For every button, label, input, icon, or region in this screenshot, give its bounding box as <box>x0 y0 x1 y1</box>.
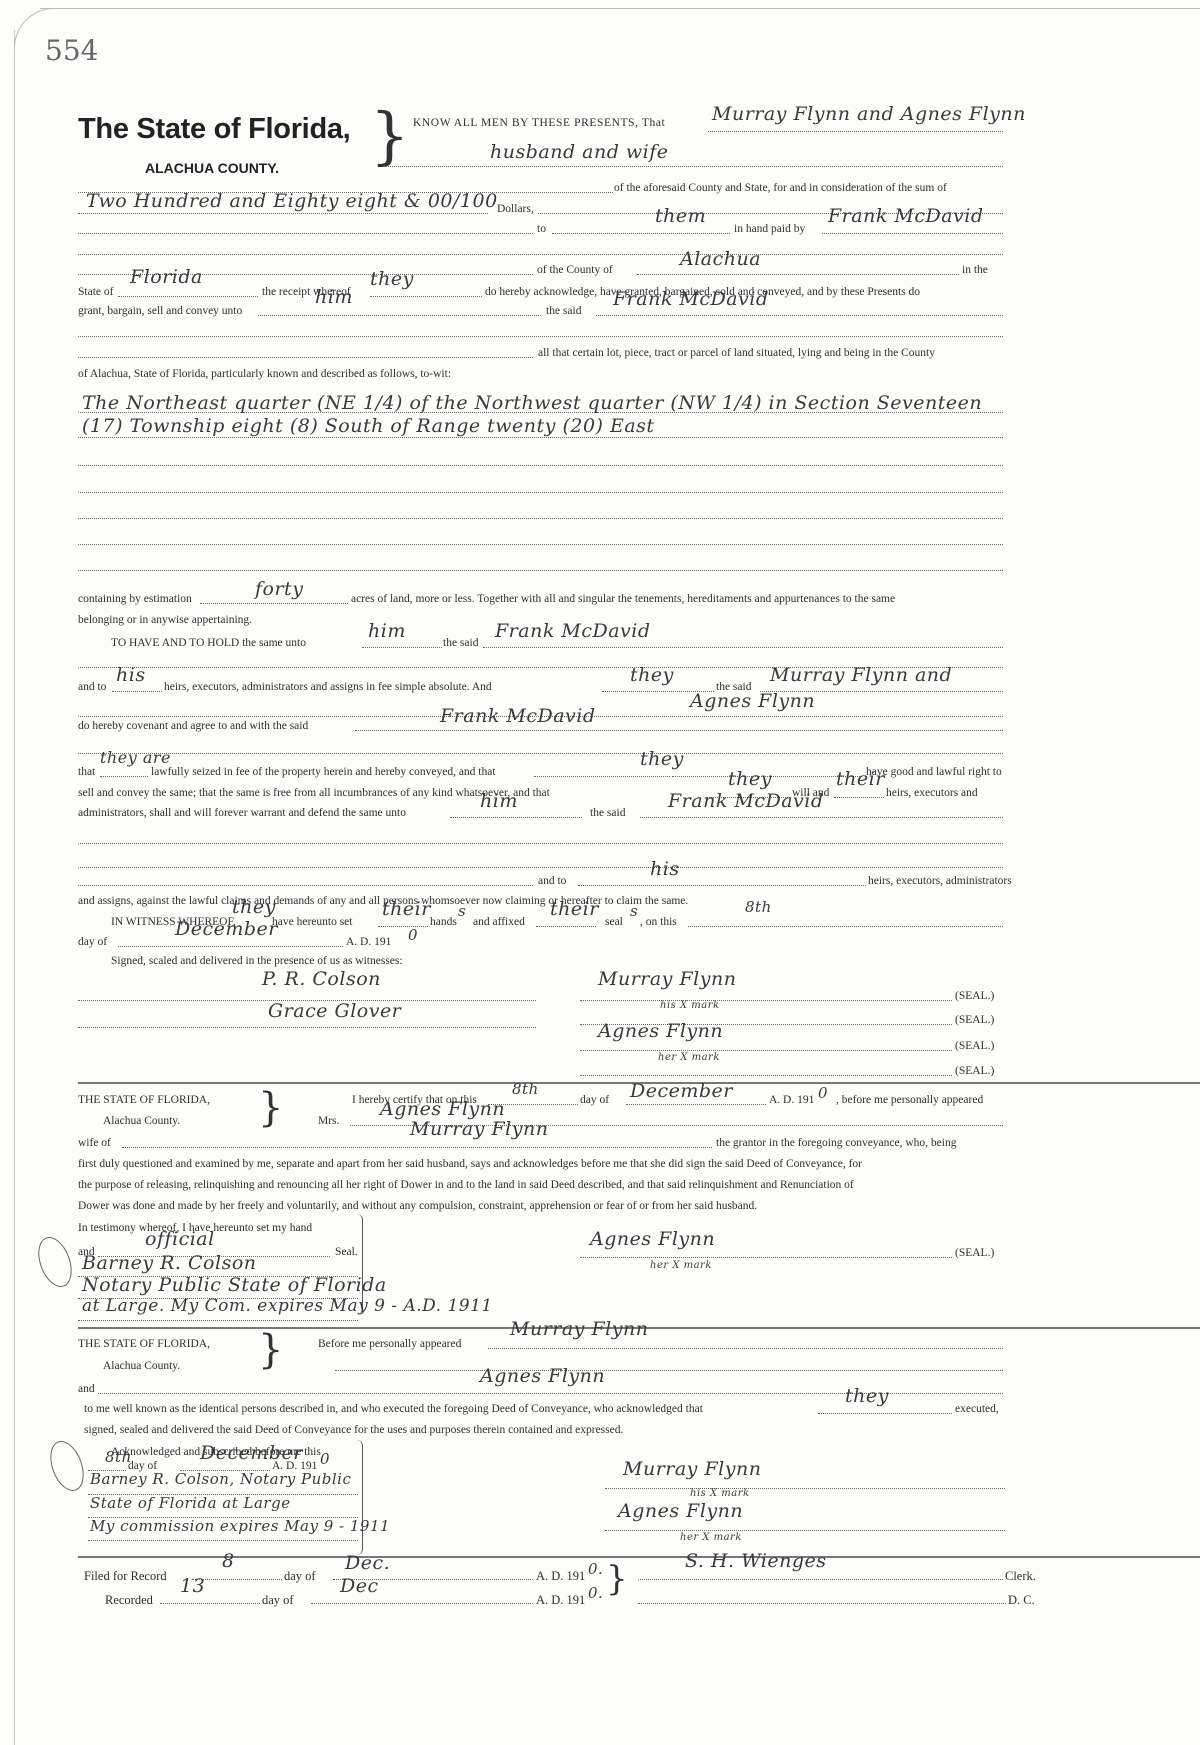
warrant-their: their <box>836 768 885 790</box>
filed-day-line <box>192 1579 282 1580</box>
blank-line <box>78 336 1003 337</box>
month-line <box>118 946 343 947</box>
description-line <box>78 465 1003 466</box>
heirs-text: heirs, executors, administrators and ass… <box>164 681 492 693</box>
person1: Murray Flynn <box>510 1318 648 1340</box>
defend-grantee: Frank McDavid <box>668 790 824 812</box>
notary-name: Barney R. Colson <box>82 1252 257 1274</box>
signature-line-4 <box>580 1075 952 1076</box>
of-county-label: of the County of <box>537 264 613 276</box>
convey-line <box>258 315 541 316</box>
and-to-label: and to <box>78 681 106 693</box>
filed-ad: A. D. 191 <box>536 1569 585 1584</box>
covenant-line <box>355 730 1003 731</box>
description-line-1: The Northeast quarter (NE 1/4) of the No… <box>82 392 982 414</box>
all-that-text: all that certain lot, piece, tract or pa… <box>538 347 935 359</box>
warrant-their-line <box>834 797 884 798</box>
convey-unto: him <box>315 286 353 308</box>
seal-label: Seal. <box>335 1246 358 1258</box>
paid-to: them <box>655 205 706 227</box>
dower-state: THE STATE OF FLORIDA, <box>78 1094 210 1106</box>
certify-year-digit: 0 <box>818 1084 828 1102</box>
heirs-exec-text: heirs, executors and <box>886 787 978 799</box>
filed-month: Dec. <box>345 1552 390 1574</box>
blank-line <box>78 357 533 358</box>
heirs2-line <box>578 885 866 886</box>
ack-year-digit: 0 <box>320 1450 330 1468</box>
dower-signature: Agnes Flynn <box>590 1228 715 1250</box>
seal-stamp-icon <box>44 1436 90 1495</box>
blank-line <box>78 753 1003 754</box>
description-line <box>78 570 1003 571</box>
covenant-label: do hereby covenant and agree to and with… <box>78 720 308 732</box>
seized-who: they <box>640 748 684 770</box>
clerk-line <box>638 1579 1003 1580</box>
blank-line <box>78 885 533 886</box>
section-divider <box>78 1556 1200 1558</box>
recorded-day-of: day of <box>262 1593 294 1608</box>
receipt-who: they <box>370 268 414 290</box>
ack-before-me: Before me personally appeared <box>318 1338 461 1350</box>
to-label: to <box>537 223 546 235</box>
defend-grantee-line <box>640 817 1003 818</box>
to-have-text: TO HAVE AND TO HOLD the same unto <box>111 637 306 649</box>
dower-para-1: first duly questioned and examined by me… <box>78 1158 862 1170</box>
dower-para-2: the purpose of releasing, relinquishing … <box>78 1179 854 1191</box>
recorded-label: Recorded <box>105 1593 153 1608</box>
seized-text: lawfully seized in fee of the property h… <box>151 766 496 778</box>
recorded-month-line <box>311 1603 533 1604</box>
document-title: The State of Florida, <box>78 113 350 146</box>
page-edge-left <box>14 30 15 1745</box>
grantee-line <box>822 233 1003 234</box>
acres-line <box>200 603 348 604</box>
before-me-text: , before me personally appeared <box>836 1094 983 1106</box>
that-who-line <box>100 776 148 777</box>
defend-unto-line <box>450 817 582 818</box>
ack-signature-1: Murray Flynn <box>623 1458 761 1480</box>
blank-line <box>78 843 1003 844</box>
ack-signature-line-2 <box>605 1530 1005 1531</box>
notary-line <box>88 1540 358 1541</box>
hands-of: their <box>382 898 431 920</box>
description-line <box>78 437 1003 438</box>
ack-signature-1-mark: his X mark <box>690 1488 750 1499</box>
wife-of-label: wife of <box>78 1137 111 1149</box>
certify-month-line <box>626 1104 766 1105</box>
seals-label: seal <box>605 916 623 928</box>
admin-text: administrators, shall and will forever w… <box>78 807 406 819</box>
seal-label-3: (SEAL.) <box>955 1040 994 1052</box>
recorded-day-line <box>160 1603 260 1604</box>
witness-line-2 <box>78 1027 536 1028</box>
hands-label: hands <box>430 916 457 928</box>
ack-and-label: and <box>78 1383 95 1395</box>
description-line <box>78 518 1003 519</box>
belonging-text: belonging or in anywise appertaining. <box>78 614 252 626</box>
heirs-of: his <box>116 664 146 686</box>
seal-label-2: (SEAL.) <box>955 1014 994 1026</box>
filed-year-digit: 0. <box>588 1560 603 1578</box>
ack-signature-2-mark: her X mark <box>680 1532 742 1543</box>
grantor-text: the grantor in the foregoing conveyance,… <box>716 1137 956 1149</box>
have-set-text: have hereunto set <box>272 916 352 928</box>
page-number: 554 <box>45 34 98 67</box>
recorded-day: 13 <box>180 1575 205 1597</box>
blank-line <box>78 867 1003 868</box>
aforesaid-text: of the aforesaid County and State, for a… <box>614 182 947 194</box>
receipt-line <box>370 296 482 297</box>
seals-of: their <box>550 898 599 920</box>
defend-said-label: the said <box>590 807 625 819</box>
seized-who-line <box>534 776 670 777</box>
witness-1: P. R. Colson <box>262 968 381 990</box>
executed-text: executed, <box>955 1403 999 1415</box>
grant-label: grant, bargain, sell and convey unto <box>78 305 242 317</box>
page-edge-top <box>40 8 1200 9</box>
ack-notary-2: State of Florida at Large <box>90 1494 291 1512</box>
clerk-signature: S. H. Wienges <box>685 1550 826 1572</box>
husband-line <box>122 1147 712 1148</box>
signature-3-mark: her X mark <box>658 1052 720 1063</box>
description-line <box>78 492 1003 493</box>
description-line <box>78 544 1003 545</box>
heirs2: his <box>650 858 680 880</box>
signed-text: Signed, scaled and delivered in the pres… <box>111 955 403 967</box>
have-right-text: have good and lawful right to <box>866 766 1002 778</box>
description-line-2: (17) Township eight (8) South of Range t… <box>82 415 655 437</box>
brace-icon: } <box>258 1088 283 1128</box>
notary-title: Notary Public State of Florida <box>82 1274 387 1296</box>
signature-line-1 <box>580 1000 952 1001</box>
county-heading: ALACHUA COUNTY. <box>145 160 279 176</box>
seal-stamp-icon <box>32 1232 78 1291</box>
certify-day-of: day of <box>580 1094 609 1106</box>
that-who: they are <box>100 748 171 767</box>
dower-county: Alachua County. <box>103 1115 180 1127</box>
seal-label-1: (SEAL.) <box>955 990 994 1002</box>
acres-value: forty <box>255 578 303 600</box>
affixed-label: and affixed <box>473 916 525 928</box>
ad-label: A. D. 191 <box>346 936 391 948</box>
state-name: Florida <box>130 266 203 288</box>
paid-by-label: in hand paid by <box>734 223 805 235</box>
ack-county: Alachua County. <box>103 1360 180 1372</box>
hands-of-line <box>378 926 428 927</box>
county-line <box>637 274 959 275</box>
month: December <box>175 918 278 940</box>
day-line <box>688 926 1003 927</box>
ack-state: THE STATE OF FLORIDA, <box>78 1338 210 1350</box>
brace-icon: } <box>370 105 409 167</box>
brace-line <box>356 1440 363 1555</box>
on-this-text: , on this <box>640 916 677 928</box>
and-to-label-2: and to <box>538 875 566 887</box>
and-who: they <box>630 664 674 686</box>
notary-line <box>78 1320 358 1321</box>
hands-suffix: s <box>458 902 466 920</box>
grantee-name-2: Frank McDavid <box>613 288 769 310</box>
dower-signature-mark: her X mark <box>650 1260 712 1271</box>
blank-line <box>78 254 1003 255</box>
filed-label: Filed for Record <box>84 1569 167 1584</box>
dc-line <box>638 1603 1006 1604</box>
mrs-label: Mrs. <box>318 1115 339 1127</box>
recorded-ad: A. D. 191 <box>536 1593 585 1608</box>
sum-written: Two Hundred and Eighty eight & 00/100 <box>86 190 498 212</box>
person2: Agnes Flynn <box>480 1365 605 1387</box>
heirs2-text: heirs, executors, administrators <box>868 875 1012 887</box>
filed-day: 8 <box>222 1550 235 1572</box>
day-number: 8th <box>745 898 772 916</box>
relation-line <box>385 166 1003 167</box>
seals-of-line <box>536 926 596 927</box>
hold-grantee-line <box>483 647 1003 648</box>
county-name: Alachua <box>680 248 761 270</box>
state-of-label: State of <box>78 286 113 298</box>
signature-1: Murray Flynn <box>598 968 736 990</box>
signature-3: Agnes Flynn <box>598 1020 723 1042</box>
acres-text: acres of land, more or less. Together wi… <box>351 593 895 605</box>
year-digit: 0 <box>408 926 418 944</box>
ack-notary-3: My commission expires May 9 - 1911 <box>90 1517 390 1535</box>
dower-seal-label: (SEAL.) <box>955 1247 994 1259</box>
recorded-month: Dec <box>340 1575 379 1597</box>
paid-to-line <box>552 233 730 234</box>
signature-1-mark: his X mark <box>660 1000 720 1011</box>
in-the-text: in the <box>962 264 988 276</box>
seal-type: official <box>145 1228 215 1250</box>
husband-name: Murray Flynn <box>410 1118 548 1140</box>
day-of-label: day of <box>78 936 107 948</box>
the-said-label: the said <box>546 305 581 317</box>
notary-commission: at Large. My Com. expires May 9 - A.D. 1… <box>82 1296 493 1316</box>
ack-signature-line-1 <box>605 1488 1005 1489</box>
warrant-who: they <box>728 768 772 790</box>
grantee-line-2 <box>596 315 1003 316</box>
signature-line-3 <box>580 1050 952 1051</box>
brace-icon: } <box>258 1330 283 1370</box>
hold-said-label: the said <box>443 637 478 649</box>
deed-page: 554 The State of Florida, ALACHUA COUNTY… <box>0 0 1200 1745</box>
defend-unto: him <box>480 790 518 812</box>
dollars-label: Dollars, <box>497 203 534 215</box>
know-all-text: KNOW ALL MEN BY THESE PRESENTS, That <box>413 117 665 129</box>
heirs-line <box>112 691 162 692</box>
person1-line <box>488 1348 1003 1349</box>
ack-signed-text: signed, sealed and delivered the said De… <box>84 1424 623 1436</box>
ack-who: they <box>845 1385 889 1407</box>
blank-line <box>335 1370 1003 1371</box>
blank-line <box>78 233 533 234</box>
filed-day-of: day of <box>284 1569 316 1584</box>
hold-unto: him <box>368 620 406 642</box>
containing-label: containing by estimation <box>78 593 192 605</box>
dower-signature-line <box>580 1257 952 1258</box>
sum-line <box>78 213 488 214</box>
recorded-year-digit: 0. <box>588 1584 603 1602</box>
ack-signature-2: Agnes Flynn <box>618 1500 743 1522</box>
brace-icon: } <box>606 1562 628 1596</box>
hold-grantee: Frank McDavid <box>495 620 651 642</box>
seals-suffix: s <box>630 902 638 920</box>
clerk-label: Clerk. <box>1005 1569 1036 1584</box>
certify-day: 8th <box>512 1080 539 1098</box>
said-grantors-2: Agnes Flynn <box>690 690 815 712</box>
grantor-line <box>708 131 1003 132</box>
grantee-name: Frank McDavid <box>828 205 984 227</box>
seal-label-4: (SEAL.) <box>955 1065 994 1077</box>
well-known-text: to me well known as the identical person… <box>84 1403 703 1415</box>
grantor-names: Murray Flynn and Agnes Flynn <box>712 103 1026 125</box>
witness-2: Grace Glover <box>268 1000 401 1022</box>
certify-month: December <box>630 1080 733 1102</box>
that-label: that <box>78 766 95 778</box>
certify-ad: A. D. 191 <box>769 1094 814 1106</box>
covenant-with: Frank McDavid <box>440 705 596 727</box>
grantor-relation: husband and wife <box>490 141 669 163</box>
of-alachua-text: of Alachua, State of Florida, particular… <box>78 368 451 380</box>
witness-who: they <box>232 896 276 918</box>
mrs-name: Agnes Flynn <box>380 1098 505 1120</box>
ack-who-line <box>818 1413 952 1414</box>
dc-label: D. C. <box>1008 1593 1035 1608</box>
dower-para-3: Dower was done and made by her freely an… <box>78 1200 757 1212</box>
state-line <box>118 296 258 297</box>
said-grantors: Murray Flynn and <box>770 664 952 686</box>
ack-notary-1: Barney R. Colson, Notary Public <box>90 1470 351 1488</box>
hold-unto-line <box>362 647 442 648</box>
